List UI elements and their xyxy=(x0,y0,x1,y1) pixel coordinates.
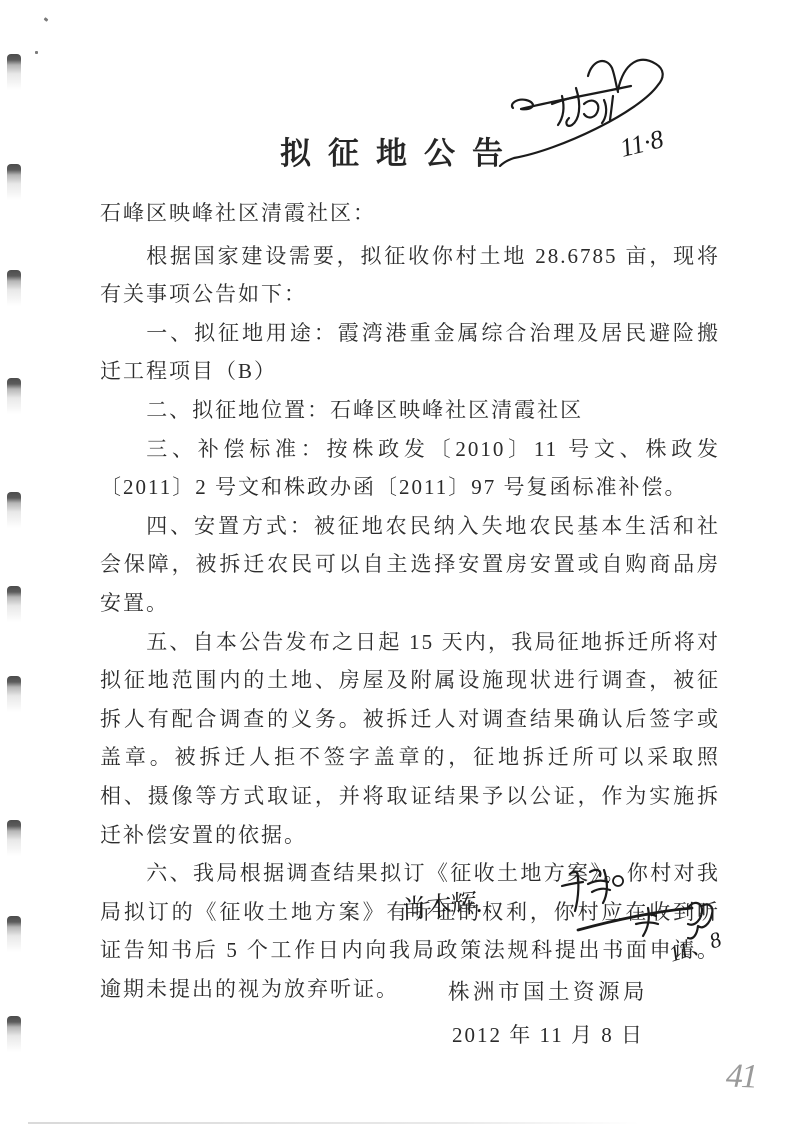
scan-edge-line xyxy=(28,1122,640,1124)
signoff-block: 株洲市国土资源局 2012 年 11 月 8 日 xyxy=(398,975,698,1049)
scan-speck xyxy=(44,17,49,22)
scan-speck xyxy=(35,51,38,54)
binding-mark xyxy=(7,676,21,712)
binding-mark xyxy=(7,378,21,414)
handwritten-name-signature: 肖本辉. xyxy=(401,882,482,926)
binding-mark xyxy=(7,270,21,306)
binding-mark xyxy=(7,54,21,90)
binding-mark xyxy=(7,586,21,622)
binding-mark xyxy=(7,492,21,528)
document-title: 拟征地公告 xyxy=(0,128,800,173)
binding-mark xyxy=(7,1016,21,1052)
salutation: 石峰区映峰社区清霞社区： xyxy=(100,194,720,233)
paragraph-intro: 根据国家建设需要，拟征收你村土地 28.6785 亩，现将有关事项公告如下： xyxy=(100,237,720,314)
issuing-organization: 株洲市国土资源局 xyxy=(398,975,698,1006)
binding-mark xyxy=(7,820,21,856)
handwritten-page-number: 41 xyxy=(725,1057,756,1096)
paragraph-item-2: 二、拟征地位置：石峰区映峰社区清霞社区 xyxy=(100,391,720,430)
scanned-notice-page: 拟征地公告 11·8 石峰区映峰社区清霞社区： 根据国家建设需要，拟征收你村土地… xyxy=(0,0,800,1132)
paragraph-item-5: 五、自本公告发布之日起 15 天内，我局征地拆迁所将对拟征地范围内的土地、房屋及… xyxy=(100,623,720,855)
paragraph-item-3: 三、补偿标准：按株政发〔2010〕11 号文、株政发〔2011〕2 号文和株政办… xyxy=(100,430,720,507)
paragraph-item-1: 一、拟征地用途：霞湾港重金属综合治理及居民避险搬迁工程项目（B） xyxy=(100,314,720,391)
issue-date: 2012 年 11 月 8 日 xyxy=(398,1019,698,1049)
binding-mark xyxy=(7,916,21,952)
paragraph-item-4: 四、安置方式：被征地农民纳入失地农民基本生活和社会保障，被拆迁农民可以自主选择安… xyxy=(100,507,720,623)
